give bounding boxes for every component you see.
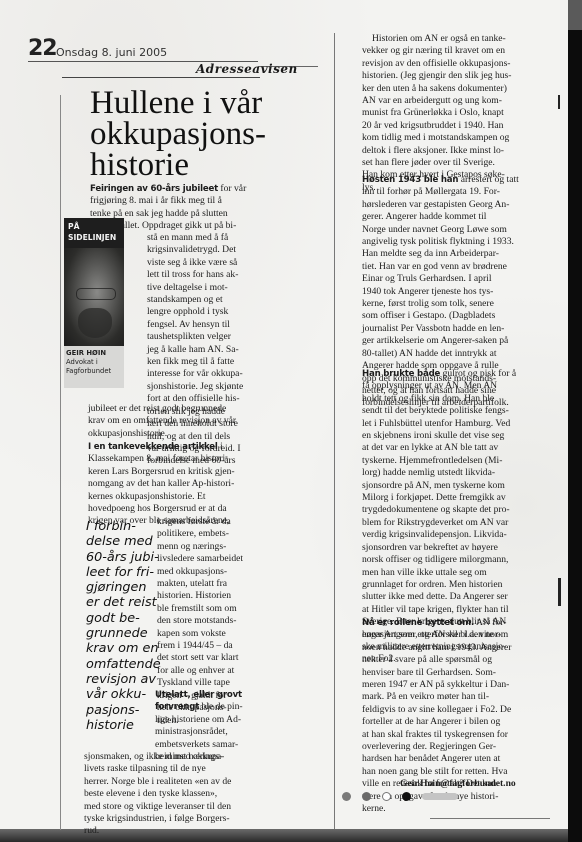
- section-2-paragraph-top: I en tankevekkende artikkel i Klassekamp…: [88, 441, 293, 528]
- portrait-beard: [78, 308, 112, 338]
- bottom-rule: [430, 818, 550, 819]
- para-4-lead: Nå er rollene byttet om.: [362, 618, 474, 628]
- scanner-edge-right-top: [568, 0, 582, 30]
- scanner-edge-right: [568, 0, 582, 842]
- headline-line: Hullene i vår: [90, 88, 295, 119]
- dot-icon: [342, 792, 351, 801]
- para-2-lead: Høsten 1943 ble han: [362, 175, 458, 185]
- margin-mark: [558, 95, 560, 109]
- section-3-lead: Utelatt, eller grovt: [155, 690, 242, 700]
- author-org: Fagforbundet: [66, 367, 124, 376]
- clipping-left-border: [60, 95, 61, 830]
- dot-icon: [362, 792, 371, 801]
- author-email-signature: Geir.Hoin@fagforbundet.no: [400, 778, 516, 790]
- article-headline: Hullene i vår okkupasjons- historie: [90, 88, 295, 181]
- page-date: Onsdag 8. juni 2005: [56, 46, 167, 59]
- author-title: Advokat i: [66, 358, 124, 367]
- author-portrait-photo: [64, 248, 124, 346]
- portrait-glasses: [76, 288, 116, 300]
- page-number: 22: [28, 36, 57, 61]
- author-name: GEIR HØIN: [66, 349, 124, 358]
- clipping-right-border: [334, 33, 335, 829]
- headline-line: okkupasjons-: [90, 119, 295, 150]
- decorative-bar: [422, 793, 458, 800]
- author-caption: GEIR HØIN Advokat i Fagforbundet: [66, 349, 124, 375]
- newspaper-masthead: Adresseavisen: [196, 62, 298, 76]
- para-3-lead: Han brukte både: [362, 369, 440, 379]
- intro-paragraph-end: jubileet er det reist godt begrunnede kr…: [88, 403, 293, 440]
- page-header: 22 Onsdag 8. juni 2005: [28, 36, 338, 64]
- margin-mark: [558, 578, 561, 606]
- right-paragraph-1: Historien om AN er også en tanke- vekker…: [362, 33, 562, 194]
- headline-line: historie: [90, 150, 295, 181]
- intro-lead: Feiringen av 60-års jubileet: [90, 184, 218, 194]
- dot-icon: [402, 792, 411, 801]
- section-3-paragraph-full: sjonsmaken, og ikke minst nærings- livet…: [84, 751, 294, 838]
- section-2-lead: I en tankevekkende artikkel: [88, 442, 218, 452]
- pull-quote: I forbin- delse med 60-års jubi- leet fo…: [86, 519, 164, 733]
- hollow-dot-icon: [382, 792, 391, 801]
- column-tag: PÅ SIDELINJEN: [64, 218, 124, 248]
- masthead-rule: [62, 77, 260, 78]
